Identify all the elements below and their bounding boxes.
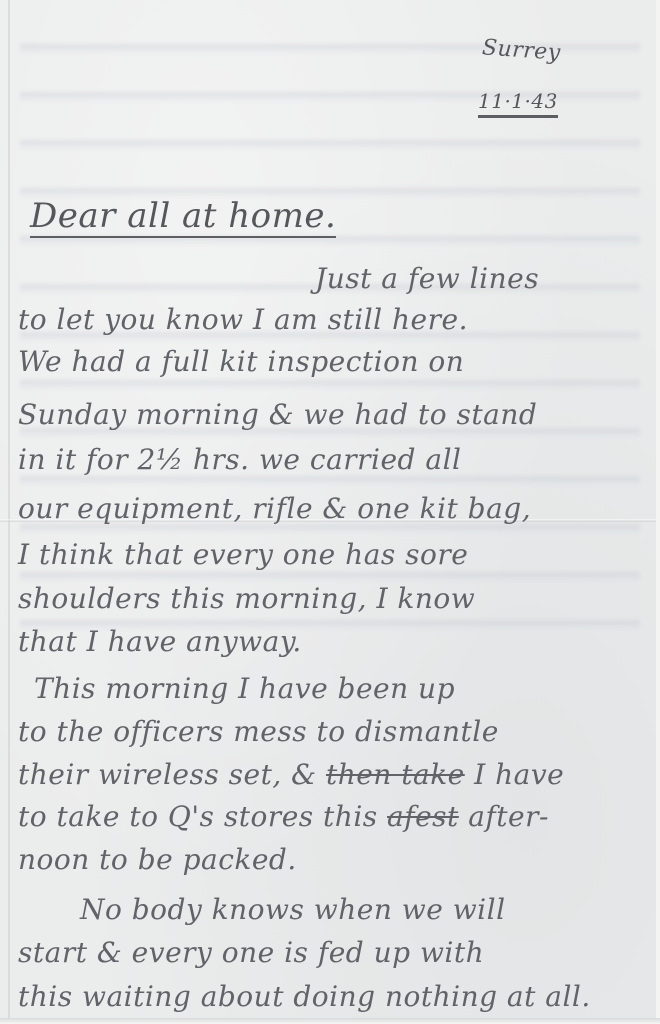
body-line-12: their wireless set, & then take I have	[18, 758, 564, 791]
body-line-10: This morning I have been up	[34, 672, 455, 705]
body-line-8: shoulders this morning, I know	[18, 582, 475, 615]
struck-text-then-take: then take	[326, 758, 465, 791]
struck-text-afest: afest	[387, 800, 459, 833]
line-13-text: to take to Q's stores this	[18, 800, 387, 833]
paper-edge-bottom	[0, 1018, 660, 1024]
body-line-9: that I have anyway.	[18, 625, 302, 658]
letter-date: 11·1·43	[478, 89, 558, 118]
body-line-14: noon to be packed.	[18, 843, 297, 876]
greeting-text: Dear all at home.	[30, 196, 336, 238]
body-line-7: I think that every one has sore	[18, 538, 468, 571]
body-line-16: start & every one is fed up with	[18, 936, 484, 969]
body-line-15: No body knows when we will	[80, 893, 506, 926]
letter-place: Surrey	[481, 35, 561, 65]
body-line-3: We had a full kit inspection on	[18, 345, 464, 378]
line-13-tail: after-	[459, 800, 549, 833]
body-line-1: Just a few lines	[315, 262, 539, 295]
body-line-2: to let you know I am still here.	[18, 303, 468, 336]
body-line-5: in it for 2½ hrs. we carried all	[18, 443, 461, 476]
body-line-4: Sunday morning & we had to stand	[18, 398, 537, 431]
body-line-11: to the officers mess to dismantle	[18, 715, 499, 748]
letter-page: Surrey 11·1·43 Dear all at home. Just a …	[0, 0, 660, 1024]
vertical-fold-line	[8, 0, 10, 1024]
line-12-text: their wireless set, &	[18, 758, 326, 791]
letter-greeting: Dear all at home.	[30, 196, 336, 236]
body-line-17: this waiting about doing nothing at all.	[18, 980, 591, 1013]
body-line-13: to take to Q's stores this afest after-	[18, 800, 549, 833]
line-12-tail: I have	[465, 758, 564, 791]
body-line-6: our equipment, rifle & one kit bag,	[18, 492, 531, 525]
paper-edge-right	[656, 0, 660, 1024]
